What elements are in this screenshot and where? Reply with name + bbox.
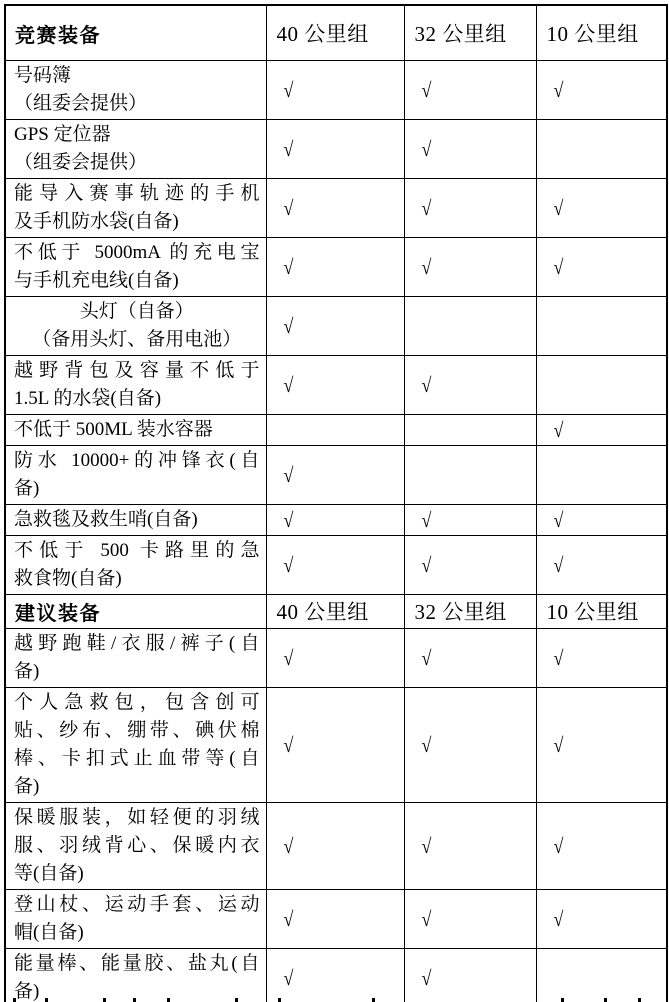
check-mark: √: [284, 78, 294, 102]
equipment-row: 号码簿（组委会提供）√√√: [5, 61, 667, 120]
check-mark: √: [284, 834, 294, 858]
check-cell-checked: √: [404, 803, 536, 890]
equipment-label-line: 能量棒、能量胶、盐丸(自: [14, 950, 260, 978]
check-mark: √: [284, 463, 294, 487]
equipment-label-cell: 急救毯及救生哨(自备): [5, 505, 266, 536]
equipment-label-line: 不低于 500ML 装水容器: [14, 416, 260, 444]
check-cell-checked: √: [404, 890, 536, 949]
equipment-label-line: 不低于 5000mA 的充电宝: [14, 239, 260, 267]
check-mark: √: [554, 196, 564, 220]
equipment-table-body: 竞赛装备40 公里组32 公里组10 公里组号码簿（组委会提供）√√√GPS 定…: [5, 5, 667, 1002]
check-cell-checked: √: [266, 536, 404, 595]
check-cell-checked: √: [536, 415, 667, 446]
check-cell-checked: √: [536, 688, 667, 803]
check-cell-empty: [536, 120, 667, 179]
check-cell-checked: √: [404, 505, 536, 536]
equipment-label-cell: 头灯（自备）（备用头灯、备用电池）: [5, 297, 266, 356]
check-mark: √: [422, 646, 432, 670]
equipment-label-line: 服、羽绒背心、保暖内衣: [14, 832, 260, 860]
equipment-row: 能导入赛事轨迹的手机及手机防水袋(自备)√√√: [5, 179, 667, 238]
check-mark: √: [554, 508, 564, 532]
equipment-label-cell: 越野跑鞋/衣服/裤子(自备): [5, 629, 266, 688]
check-cell-checked: √: [404, 61, 536, 120]
check-mark: √: [284, 966, 294, 990]
clipped-glyph-fragment: [638, 998, 641, 1002]
group-column-header: 32 公里组: [404, 595, 536, 629]
equipment-label-line: 个人急救包，包含创可: [14, 689, 260, 717]
equipment-label-line: 号码簿: [14, 62, 260, 90]
check-mark: √: [422, 255, 432, 279]
check-cell-checked: √: [536, 238, 667, 297]
check-mark: √: [284, 907, 294, 931]
check-cell-checked: √: [266, 688, 404, 803]
check-mark: √: [422, 966, 432, 990]
check-mark: √: [422, 733, 432, 757]
equipment-label-line: 登山杖、运动手套、运动: [14, 891, 260, 919]
check-cell-checked: √: [404, 949, 536, 1002]
check-cell-empty: [536, 446, 667, 505]
section-title: 竞赛装备: [5, 5, 266, 61]
equipment-label-line: 帽(自备): [14, 919, 260, 947]
check-cell-checked: √: [404, 120, 536, 179]
equipment-label-cell: 个人急救包，包含创可贴、纱布、绷带、碘伏棉棒、卡扣式止血带等(自备): [5, 688, 266, 803]
check-cell-checked: √: [536, 61, 667, 120]
check-mark: √: [422, 137, 432, 161]
equipment-label-line: 头灯（自备）: [14, 298, 260, 326]
check-mark: √: [284, 137, 294, 161]
check-cell-empty: [536, 356, 667, 415]
check-cell-checked: √: [536, 536, 667, 595]
equipment-row: 不低于 5000mA 的充电宝与手机充电线(自备)√√√: [5, 238, 667, 297]
check-mark: √: [422, 78, 432, 102]
clipped-glyph-fragment: [278, 998, 281, 1002]
equipment-label-line: 与手机充电线(自备): [14, 267, 260, 295]
check-cell-empty: [266, 415, 404, 446]
clipped-next-row: [0, 997, 669, 1002]
equipment-label-cell: 能量棒、能量胶、盐丸(自备): [5, 949, 266, 1002]
check-cell-checked: √: [266, 446, 404, 505]
equipment-row: 不低于 500 卡路里的急救食物(自备)√√√: [5, 536, 667, 595]
equipment-label-line: 备): [14, 475, 260, 503]
equipment-table: 竞赛装备40 公里组32 公里组10 公里组号码簿（组委会提供）√√√GPS 定…: [4, 4, 668, 1002]
group-column-header: 32 公里组: [404, 5, 536, 61]
check-mark: √: [554, 907, 564, 931]
check-cell-checked: √: [266, 120, 404, 179]
equipment-label-line: 1.5L 的水袋(自备): [14, 385, 260, 413]
check-cell-checked: √: [404, 238, 536, 297]
group-column-header: 40 公里组: [266, 5, 404, 61]
check-cell-empty: [404, 297, 536, 356]
check-mark: √: [284, 553, 294, 577]
group-column-header: 10 公里组: [536, 5, 667, 61]
equipment-label-line: 及手机防水袋(自备): [14, 208, 260, 236]
equipment-label-cell: 能导入赛事轨迹的手机及手机防水袋(自备): [5, 179, 266, 238]
clipped-glyph-fragment: [235, 998, 238, 1002]
check-mark: √: [554, 418, 564, 442]
check-cell-checked: √: [536, 505, 667, 536]
clipped-glyph-fragment: [45, 998, 48, 1002]
check-mark: √: [284, 373, 294, 397]
check-mark: √: [554, 733, 564, 757]
equipment-row: 保暖服装，如轻便的羽绒服、羽绒背心、保暖内衣等(自备)√√√: [5, 803, 667, 890]
equipment-label-line: 备): [14, 658, 260, 686]
clipped-glyph-fragment: [372, 998, 375, 1002]
check-cell-empty: [404, 446, 536, 505]
check-mark: √: [422, 508, 432, 532]
equipment-label-line: （组委会提供）: [14, 90, 260, 118]
section-header-row: 建议装备40 公里组32 公里组10 公里组: [5, 595, 667, 629]
check-cell-checked: √: [266, 238, 404, 297]
equipment-label-cell: 防水 10000+的冲锋衣(自备): [5, 446, 266, 505]
equipment-label-line: GPS 定位器: [14, 121, 260, 149]
check-mark: √: [422, 907, 432, 931]
check-cell-checked: √: [404, 356, 536, 415]
equipment-row: GPS 定位器（组委会提供）√√: [5, 120, 667, 179]
check-cell-checked: √: [404, 629, 536, 688]
section-header-row: 竞赛装备40 公里组32 公里组10 公里组: [5, 5, 667, 61]
equipment-label-cell: 不低于 500ML 装水容器: [5, 415, 266, 446]
equipment-label-line: 贴、纱布、绷带、碘伏棉: [14, 717, 260, 745]
check-cell-empty: [536, 297, 667, 356]
equipment-row: 头灯（自备）（备用头灯、备用电池）√: [5, 297, 667, 356]
equipment-label-line: （组委会提供）: [14, 149, 260, 177]
equipment-label-line: 等(自备): [14, 860, 260, 888]
equipment-row: 急救毯及救生哨(自备)√√√: [5, 505, 667, 536]
check-cell-checked: √: [266, 803, 404, 890]
check-cell-checked: √: [266, 949, 404, 1002]
check-cell-checked: √: [404, 179, 536, 238]
clipped-glyph-fragment: [604, 998, 607, 1002]
equipment-label-line: 不低于 500 卡路里的急: [14, 537, 260, 565]
section-title: 建议装备: [5, 595, 266, 629]
group-column-header: 40 公里组: [266, 595, 404, 629]
equipment-row: 越野跑鞋/衣服/裤子(自备)√√√: [5, 629, 667, 688]
clipped-glyph-fragment: [103, 998, 106, 1002]
equipment-label-line: （备用头灯、备用电池）: [14, 326, 260, 354]
check-mark: √: [554, 646, 564, 670]
check-mark: √: [422, 373, 432, 397]
check-mark: √: [422, 553, 432, 577]
check-cell-checked: √: [266, 179, 404, 238]
check-cell-checked: √: [266, 356, 404, 415]
check-cell-checked: √: [536, 179, 667, 238]
equipment-label-cell: 越野背包及容量不低于1.5L 的水袋(自备): [5, 356, 266, 415]
document-page: 竞赛装备40 公里组32 公里组10 公里组号码簿（组委会提供）√√√GPS 定…: [0, 0, 669, 1002]
clipped-glyph-fragment: [167, 998, 170, 1002]
equipment-row: 越野背包及容量不低于1.5L 的水袋(自备)√√: [5, 356, 667, 415]
check-cell-checked: √: [266, 297, 404, 356]
equipment-label-line: 能导入赛事轨迹的手机: [14, 180, 260, 208]
check-cell-checked: √: [536, 803, 667, 890]
equipment-label-line: 备): [14, 773, 260, 801]
check-mark: √: [422, 196, 432, 220]
check-cell-checked: √: [266, 629, 404, 688]
equipment-label-cell: 不低于 500 卡路里的急救食物(自备): [5, 536, 266, 595]
equipment-label-line: 棒、卡扣式止血带等(自: [14, 745, 260, 773]
check-mark: √: [284, 314, 294, 338]
check-cell-empty: [536, 949, 667, 1002]
check-cell-checked: √: [266, 505, 404, 536]
equipment-row: 个人急救包，包含创可贴、纱布、绷带、碘伏棉棒、卡扣式止血带等(自备)√√√: [5, 688, 667, 803]
clipped-glyph-fragment: [561, 998, 564, 1002]
equipment-row: 不低于 500ML 装水容器√: [5, 415, 667, 446]
equipment-row: 登山杖、运动手套、运动帽(自备)√√√: [5, 890, 667, 949]
equipment-label-cell: 保暖服装，如轻便的羽绒服、羽绒背心、保暖内衣等(自备): [5, 803, 266, 890]
check-cell-checked: √: [266, 61, 404, 120]
equipment-label-cell: 登山杖、运动手套、运动帽(自备): [5, 890, 266, 949]
equipment-row: 防水 10000+的冲锋衣(自备)√: [5, 446, 667, 505]
check-mark: √: [422, 834, 432, 858]
equipment-label-line: 救食物(自备): [14, 565, 260, 593]
check-mark: √: [284, 646, 294, 670]
check-cell-checked: √: [536, 629, 667, 688]
check-cell-checked: √: [404, 536, 536, 595]
equipment-label-line: 越野跑鞋/衣服/裤子(自: [14, 630, 260, 658]
check-cell-checked: √: [404, 688, 536, 803]
equipment-row: 能量棒、能量胶、盐丸(自备)√√: [5, 949, 667, 1002]
check-mark: √: [554, 553, 564, 577]
equipment-label-cell: GPS 定位器（组委会提供）: [5, 120, 266, 179]
check-mark: √: [284, 255, 294, 279]
check-cell-checked: √: [536, 890, 667, 949]
check-mark: √: [554, 834, 564, 858]
check-mark: √: [284, 196, 294, 220]
equipment-label-cell: 号码簿（组委会提供）: [5, 61, 266, 120]
check-mark: √: [554, 78, 564, 102]
equipment-label-line: 急救毯及救生哨(自备): [14, 506, 260, 534]
check-cell-checked: √: [266, 890, 404, 949]
check-mark: √: [284, 508, 294, 532]
check-mark: √: [554, 255, 564, 279]
check-cell-empty: [404, 415, 536, 446]
clipped-glyph-fragment: [13, 998, 16, 1002]
equipment-label-cell: 不低于 5000mA 的充电宝与手机充电线(自备): [5, 238, 266, 297]
clipped-glyph-fragment: [133, 998, 136, 1002]
equipment-label-line: 保暖服装，如轻便的羽绒: [14, 804, 260, 832]
equipment-label-line: 防水 10000+的冲锋衣(自: [14, 447, 260, 475]
equipment-label-line: 越野背包及容量不低于: [14, 357, 260, 385]
check-mark: √: [284, 733, 294, 757]
group-column-header: 10 公里组: [536, 595, 667, 629]
